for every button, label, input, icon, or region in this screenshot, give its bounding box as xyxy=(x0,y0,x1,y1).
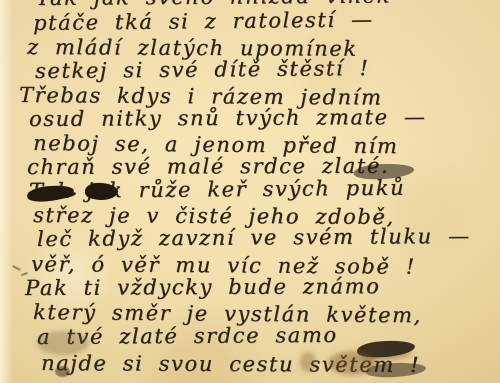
manuscript-page: Tak jak svého hnízda vínek ptáče tká si … xyxy=(0,0,500,383)
ink-smudge xyxy=(328,351,376,375)
margin-pencil-mark xyxy=(12,265,21,271)
ink-blot-zlate xyxy=(354,163,414,180)
manuscript-line: ptáče tká si z ratolestí — xyxy=(33,7,374,35)
manuscript-line: Pak ti vždycky bude známo xyxy=(25,274,381,300)
ink-smudge xyxy=(37,331,89,355)
ink-spot xyxy=(300,352,316,372)
manuscript-line: chraň své malé srdce zlaté. xyxy=(27,154,389,179)
manuscript-line: setkej si své dítě štěstí ! xyxy=(35,56,370,83)
page-edge xyxy=(0,0,13,383)
ink-spot xyxy=(55,366,70,377)
manuscript-line: leč když zavzní ve svém tluku — xyxy=(37,224,471,251)
manuscript-line: osud nitky snů tvých zmate — xyxy=(29,105,427,131)
